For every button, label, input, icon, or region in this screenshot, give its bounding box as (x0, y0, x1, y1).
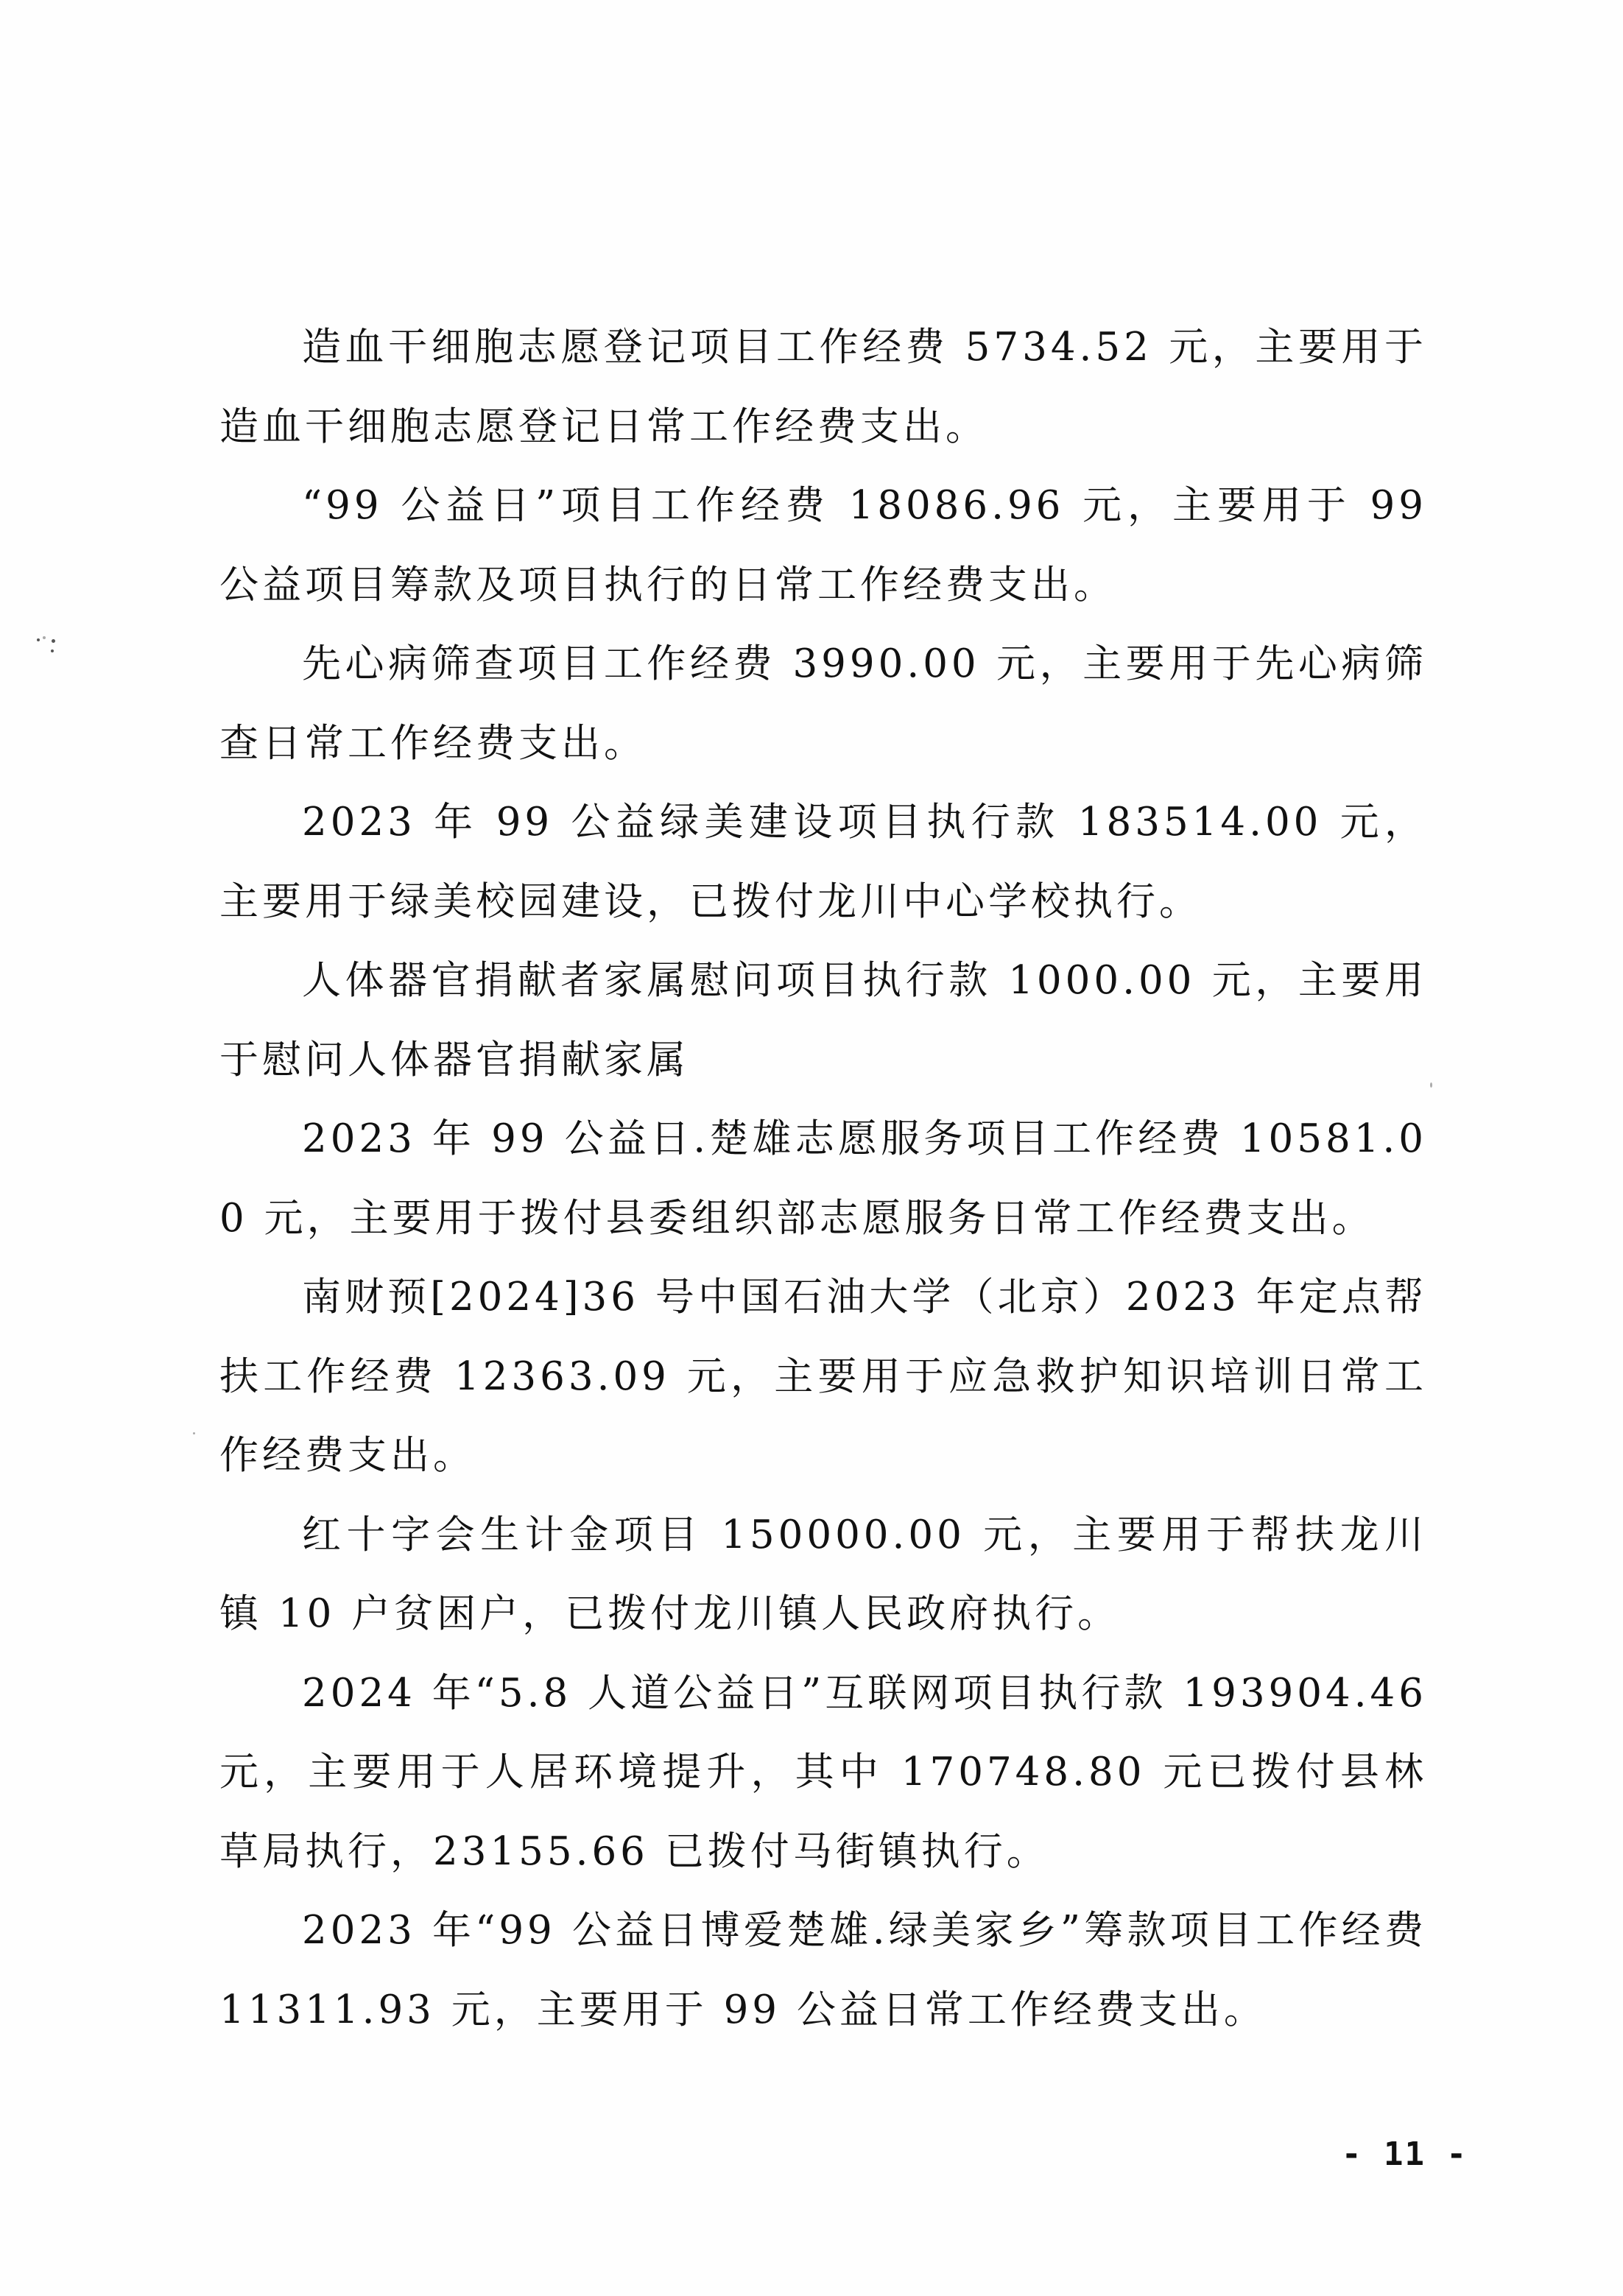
page-number: - 11 - (1342, 2135, 1468, 2173)
paragraph-humanitarian-day-2024: 2024 年“5.8 人道公益日”互联网项目执行款 193904.46 元，主要… (219, 1654, 1427, 1892)
paragraph-green-beauty-construction: 2023 年 99 公益绿美建设项目执行款 183514.00 元，主要用于绿美… (219, 783, 1427, 941)
paragraph-petroleum-university: 南财预[2024]36 号中国石油大学（北京）2023 年定点帮扶工作经费 12… (219, 1258, 1427, 1496)
paragraph-99-charity-day: “99 公益日”项目工作经费 18086.96 元，主要用于 99 公益项目筹款… (219, 466, 1427, 624)
document-page: 造血干细胞志愿登记项目工作经费 5734.52 元，主要用于造血干细胞志愿登记日… (0, 0, 1623, 2296)
paragraph-congenital-heart-screening: 先心病筛查项目工作经费 3990.00 元，主要用于先心病筛查日常工作经费支出。 (219, 624, 1427, 783)
document-body: 造血干细胞志愿登记项目工作经费 5734.52 元，主要用于造血干细胞志愿登记日… (219, 308, 1427, 2049)
paragraph-livelihood-fund: 红十字会生计金项目 150000.00 元，主要用于帮扶龙川镇 10 户贫困户，… (219, 1496, 1427, 1654)
paragraph-99-charity-green-hometown: 2023 年“99 公益日博爱楚雄.绿美家乡”筹款项目工作经费 11311.93… (219, 1891, 1427, 2049)
scan-speck (193, 1432, 195, 1434)
paragraph-chuxiong-volunteer: 2023 年 99 公益日.楚雄志愿服务项目工作经费 10581.00 元，主要… (219, 1099, 1427, 1258)
paragraph-hematopoietic-stem-cell: 造血干细胞志愿登记项目工作经费 5734.52 元，主要用于造血干细胞志愿登记日… (219, 308, 1427, 466)
scan-speck (51, 649, 54, 652)
paragraph-organ-donor-family: 人体器官捐献者家属慰问项目执行款 1000.00 元，主要用于慰问人体器官捐献家… (219, 941, 1427, 1099)
scan-speck (43, 636, 46, 639)
scan-speck (1430, 1082, 1432, 1088)
scan-speck (37, 638, 40, 641)
scan-speck (52, 639, 55, 643)
